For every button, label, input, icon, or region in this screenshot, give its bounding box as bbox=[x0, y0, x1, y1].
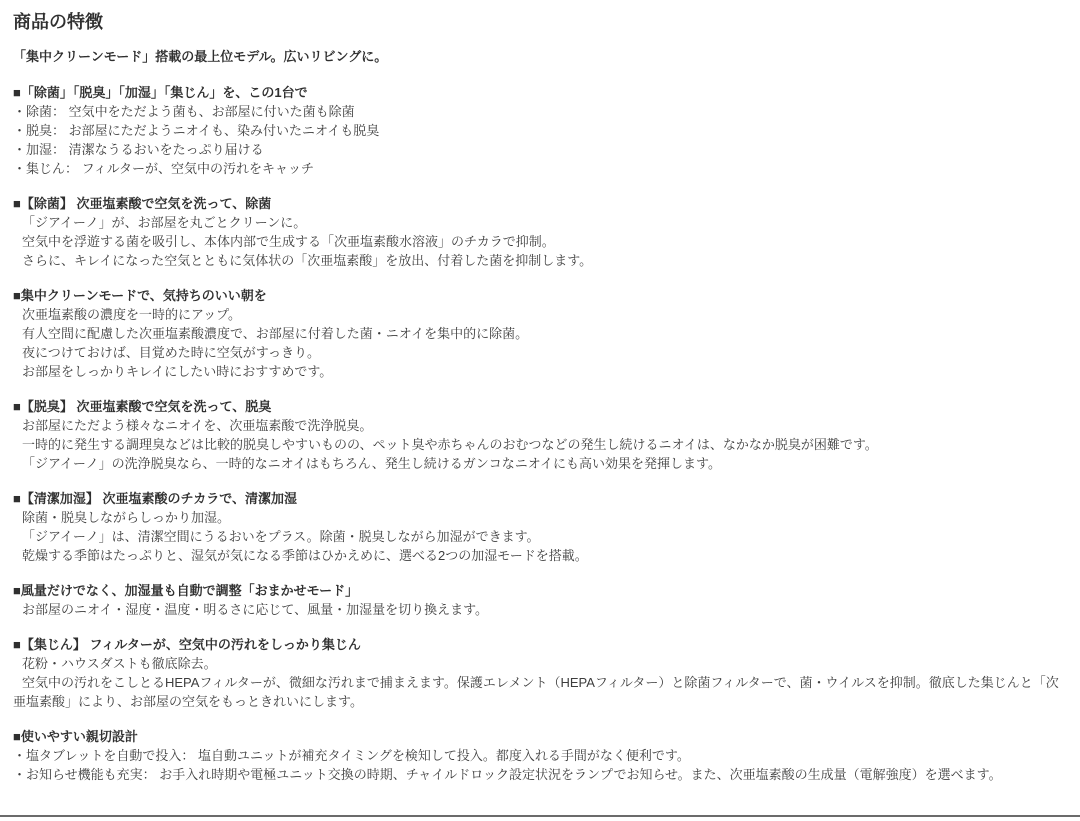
body-line: 除菌・脱臭しながらしっかり加湿。 bbox=[13, 508, 1070, 527]
section-heading: ■【脱臭】 次亜塩素酸で空気を洗って、脱臭 bbox=[13, 397, 1070, 416]
body-line: 「ジアイーノ」が、お部屋を丸ごとクリーンに。 bbox=[13, 213, 1070, 232]
product-features-document: 商品の特徴 「集中クリーンモード」搭載の最上位モデル。広いリビングに。 ■「除菌… bbox=[0, 0, 1080, 784]
body-line: 有人空間に配慮した次亜塩素酸濃度で、お部屋に付着した菌・ニオイを集中的に除菌。 bbox=[13, 324, 1070, 343]
section-heading: ■集中クリーンモードで、気持ちのいい朝を bbox=[13, 286, 1070, 305]
bullet-line: ・集じん： フィルターが、空気中の汚れをキャッチ bbox=[13, 159, 1070, 178]
feature-section: ■【除菌】 次亜塩素酸で空気を洗って、除菌「ジアイーノ」が、お部屋を丸ごとクリー… bbox=[13, 194, 1070, 270]
body-line: 空気中を浮遊する菌を吸引し、本体内部で生成する「次亜塩素酸水溶液」のチカラで抑制… bbox=[13, 232, 1070, 251]
section-heading: ■【集じん】 フィルターが、空気中の汚れをしっかり集じん bbox=[13, 635, 1070, 654]
bullet-line: ・塩タブレットを自動で投入： 塩自動ユニットが補充タイミングを検知して投入。都度… bbox=[13, 746, 1070, 765]
feature-section: ■集中クリーンモードで、気持ちのいい朝を次亜塩素酸の濃度を一時的にアップ。有人空… bbox=[13, 286, 1070, 381]
bullet-line: ・脱臭： お部屋にただようニオイも、染み付いたニオイも脱臭 bbox=[13, 121, 1070, 140]
feature-section: ■【脱臭】 次亜塩素酸で空気を洗って、脱臭お部屋にただよう様々なニオイを、次亜塩… bbox=[13, 397, 1070, 473]
body-line: 次亜塩素酸の濃度を一時的にアップ。 bbox=[13, 305, 1070, 324]
body-line: お部屋をしっかりキレイにしたい時におすすめです。 bbox=[13, 362, 1070, 381]
section-heading: ■【清潔加湿】 次亜塩素酸のチカラで、清潔加湿 bbox=[13, 489, 1070, 508]
body-line: 「ジアイーノ」の洗浄脱臭なら、一時的なニオイはもちろん、発生し続けるガンコなニオ… bbox=[13, 454, 1070, 473]
body-line: 一時的に発生する調理臭などは比較的脱臭しやすいものの、ペット臭や赤ちゃんのおむつ… bbox=[13, 435, 1070, 454]
feature-section: ■使いやすい親切設計・塩タブレットを自動で投入： 塩自動ユニットが補充タイミング… bbox=[13, 727, 1070, 784]
feature-section: ■【清潔加湿】 次亜塩素酸のチカラで、清潔加湿除菌・脱臭しながらしっかり加湿。「… bbox=[13, 489, 1070, 565]
section-heading: ■風量だけでなく、加湿量も自動で調整「おまかせモード」 bbox=[13, 581, 1070, 600]
body-line: 夜につけておけば、目覚めた時に空気がすっきり。 bbox=[13, 343, 1070, 362]
feature-section: ■「除菌」「脱臭」「加湿」「集じん」を、この1台で・除菌： 空気中をただよう菌も… bbox=[13, 83, 1070, 178]
sections-container: ■「除菌」「脱臭」「加湿」「集じん」を、この1台で・除菌： 空気中をただよう菌も… bbox=[13, 83, 1070, 784]
bullet-line: ・除菌： 空気中をただよう菌も、お部屋に付いた菌も除菌 bbox=[13, 102, 1070, 121]
feature-section: ■【集じん】 フィルターが、空気中の汚れをしっかり集じん花粉・ハウスダストも徹底… bbox=[13, 635, 1070, 711]
page-subtitle: 「集中クリーンモード」搭載の最上位モデル。広いリビングに。 bbox=[13, 47, 1070, 66]
body-line: お部屋にただよう様々なニオイを、次亜塩素酸で洗浄脱臭。 bbox=[13, 416, 1070, 435]
section-heading: ■「除菌」「脱臭」「加湿」「集じん」を、この1台で bbox=[13, 83, 1070, 102]
bottom-divider bbox=[0, 815, 1080, 817]
body-line: 花粉・ハウスダストも徹底除去。 bbox=[13, 654, 1070, 673]
body-line: さらに、キレイになった空気とともに気体状の「次亜塩素酸」を放出、付着した菌を抑制… bbox=[13, 251, 1070, 270]
body-line: 「ジアイーノ」は、清潔空間にうるおいをプラス。除菌・脱臭しながら加湿ができます。 bbox=[13, 527, 1070, 546]
feature-section: ■風量だけでなく、加湿量も自動で調整「おまかせモード」お部屋のニオイ・湿度・温度… bbox=[13, 581, 1070, 619]
body-line: お部屋のニオイ・湿度・温度・明るさに応じて、風量・加湿量を切り換えます。 bbox=[13, 600, 1070, 619]
section-heading: ■使いやすい親切設計 bbox=[13, 727, 1070, 746]
bullet-line: ・加湿： 清潔なうるおいをたっぷり届ける bbox=[13, 140, 1070, 159]
bullet-line: ・お知らせ機能も充実： お手入れ時期や電極ユニット交換の時期、チャイルドロック設… bbox=[13, 765, 1070, 784]
page-title: 商品の特徴 bbox=[13, 12, 1070, 32]
body-line: 空気中の汚れをこしとるHEPAフィルターが、微細な汚れまで捕まえます。保護エレメ… bbox=[13, 673, 1070, 711]
section-heading: ■【除菌】 次亜塩素酸で空気を洗って、除菌 bbox=[13, 194, 1070, 213]
body-line: 乾燥する季節はたっぷりと、湿気が気になる季節はひかえめに、選べる2つの加湿モード… bbox=[13, 546, 1070, 565]
